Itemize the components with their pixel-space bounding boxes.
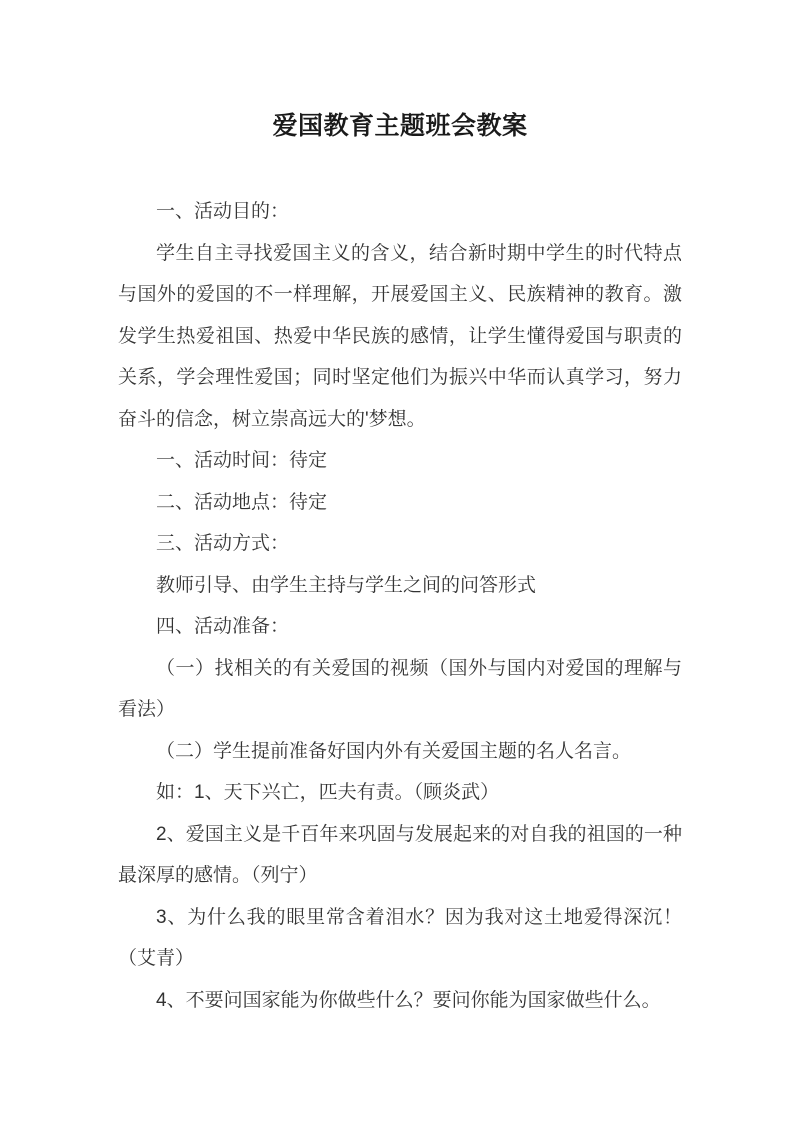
- text-line: 奋斗的信念，树立崇高远大的'梦想。: [118, 399, 682, 441]
- text-line: 最深厚的感情。（列宁）: [118, 855, 682, 897]
- text-line: 4、不要问国家能为你做些什么？要问你能为国家做些什么。: [118, 980, 682, 1022]
- text-line: （二）学生提前准备好国内外有关爱国主题的名人名言。: [118, 731, 682, 773]
- text-line: 3、为什么我的眼里常含着泪水？因为我对这土地爱得深沉！: [118, 897, 682, 939]
- text-line: 与国外的爱国的不一样理解，开展爱国主义、民族精神的教育。激: [118, 274, 682, 316]
- document-body: 一、活动目的：学生自主寻找爱国主义的含义，结合新时期中学生的时代特点与国外的爱国…: [118, 191, 682, 1021]
- text-line: 二、活动地点：待定: [118, 482, 682, 524]
- text-line: 2、爱国主义是千百年来巩固与发展起来的对自我的祖国的一种: [118, 814, 682, 856]
- text-line: （艾青）: [118, 938, 682, 980]
- document-title: 爱国教育主题班会教案: [118, 103, 682, 149]
- text-line: 如：1、天下兴亡，匹夫有责。（顾炎武）: [118, 772, 682, 814]
- text-line: 一、活动目的：: [118, 191, 682, 233]
- text-line: （一）找相关的有关爱国的视频（国外与国内对爱国的理解与: [118, 648, 682, 690]
- text-line: 三、活动方式：: [118, 523, 682, 565]
- text-line: 关系，学会理性爱国；同时坚定他们为振兴中华而认真学习，努力: [118, 357, 682, 399]
- text-line: 发学生热爱祖国、热爱中华民族的感情，让学生懂得爱国与职责的: [118, 316, 682, 358]
- text-line: 看法）: [118, 689, 682, 731]
- document-page: 爱国教育主题班会教案 一、活动目的：学生自主寻找爱国主义的含义，结合新时期中学生…: [0, 0, 793, 1122]
- text-line: 一、活动时间：待定: [118, 440, 682, 482]
- text-line: 教师引导、由学生主持与学生之间的问答形式: [118, 565, 682, 607]
- text-line: 四、活动准备：: [118, 606, 682, 648]
- text-line: 学生自主寻找爱国主义的含义，结合新时期中学生的时代特点: [118, 233, 682, 275]
